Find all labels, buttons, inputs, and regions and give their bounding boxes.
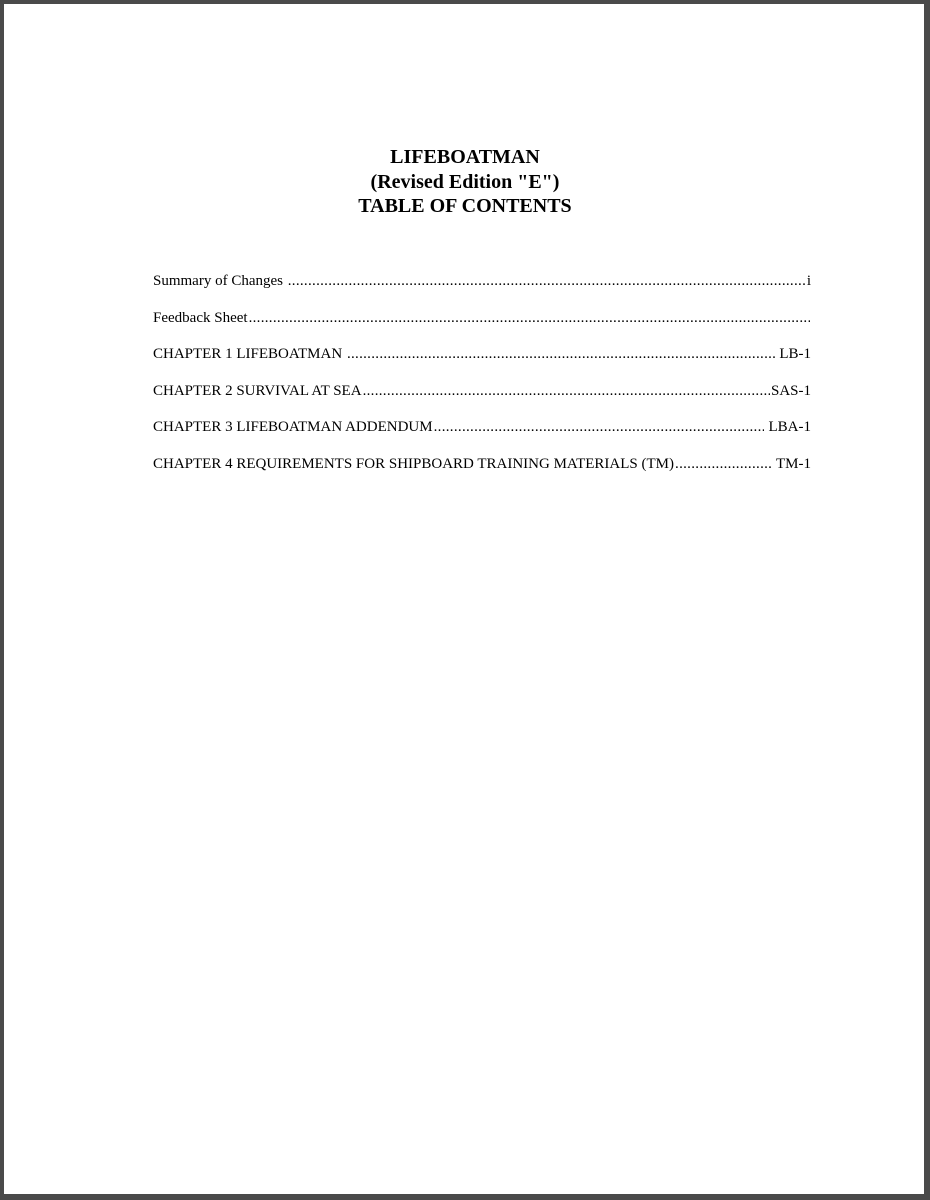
toc-entry-chapter-2[interactable]: CHAPTER 2 SURVIVAL AT SEA SAS-1 [153, 381, 811, 418]
toc-entry-page: LBA-1 [765, 417, 811, 437]
toc-entry-label: CHAPTER 2 SURVIVAL AT SEA [153, 381, 362, 401]
toc-entry-page: SAS-1 [771, 381, 811, 401]
dot-leader [249, 308, 810, 328]
document-title: LIFEBOATMAN (Revised Edition "E") TABLE … [0, 145, 930, 219]
toc-entry-chapter-3[interactable]: CHAPTER 3 LIFEBOATMAN ADDENDUM LBA-1 [153, 417, 811, 454]
toc-entry-label: CHAPTER 3 LIFEBOATMAN ADDENDUM [153, 417, 433, 437]
toc-entry-page: LB-1 [776, 344, 811, 364]
title-line-2: (Revised Edition "E") [0, 170, 930, 195]
toc-entry-feedback-sheet[interactable]: Feedback Sheet [153, 308, 811, 345]
toc-entry-label: CHAPTER 4 REQUIREMENTS FOR SHIPBOARD TRA… [153, 454, 674, 474]
title-line-1: LIFEBOATMAN [0, 145, 930, 170]
dot-leader [675, 454, 772, 474]
toc-entry-page: i [807, 271, 811, 291]
dot-leader [288, 271, 806, 291]
dot-leader [347, 344, 775, 364]
dot-leader [363, 381, 770, 401]
table-of-contents: Summary of Changes i Feedback Sheet CHAP… [153, 271, 811, 491]
toc-entry-label: Feedback Sheet [153, 308, 248, 328]
toc-entry-label: Summary of Changes [153, 271, 287, 291]
toc-entry-page: TM-1 [773, 454, 811, 474]
toc-entry-summary-of-changes[interactable]: Summary of Changes i [153, 271, 811, 308]
dot-leader [434, 417, 764, 437]
toc-entry-label: CHAPTER 1 LIFEBOATMAN [153, 344, 346, 364]
toc-entry-chapter-4[interactable]: CHAPTER 4 REQUIREMENTS FOR SHIPBOARD TRA… [153, 454, 811, 491]
toc-entry-chapter-1[interactable]: CHAPTER 1 LIFEBOATMAN LB-1 [153, 344, 811, 381]
title-line-3: TABLE OF CONTENTS [0, 194, 930, 219]
